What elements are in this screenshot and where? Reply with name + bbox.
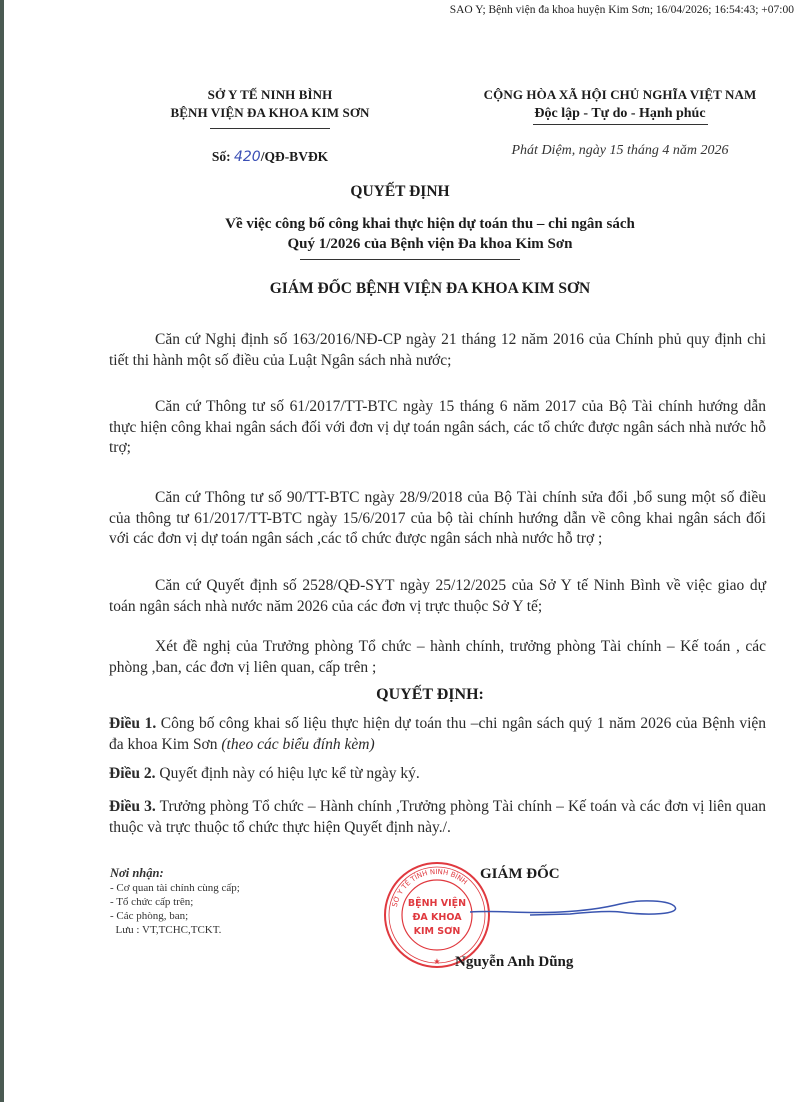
document-type: QUYẾT ĐỊNH xyxy=(0,183,800,201)
svg-text:ĐA KHOA: ĐA KHOA xyxy=(412,912,462,923)
recipient-item: - Cơ quan tài chính cùng cấp; xyxy=(110,881,240,895)
svg-text:★: ★ xyxy=(433,957,440,966)
handwritten-number: 420 xyxy=(234,149,261,165)
article-1: Điều 1. Công bố công khai số liệu thực h… xyxy=(109,714,766,755)
decision-heading: QUYẾT ĐỊNH: xyxy=(0,686,800,704)
document-subject: Về việc công bố công khai thực hiện dự t… xyxy=(0,214,800,254)
svg-text:BỆNH VIỆN: BỆNH VIỆN xyxy=(408,898,466,909)
preamble-paragraph: Căn cứ Thông tư số 61/2017/TT-BTC ngày 1… xyxy=(109,397,766,459)
signature-ink xyxy=(470,890,680,930)
header-rule xyxy=(210,128,330,129)
preamble-paragraph: Căn cứ Quyết định số 2528/QĐ-SYT ngày 25… xyxy=(109,576,766,617)
issuing-agency: BỆNH VIỆN ĐA KHOA KIM SƠN xyxy=(110,104,430,122)
preamble-paragraph: Căn cứ Nghị định số 163/2016/NĐ-CP ngày … xyxy=(109,330,766,371)
svg-text:KIM SƠN: KIM SƠN xyxy=(414,926,461,937)
country-name: CỘNG HÒA XÃ HỘI CHỦ NGHĨA VIỆT NAM xyxy=(440,86,800,104)
article-3: Điều 3. Trưởng phòng Tổ chức – Hành chín… xyxy=(109,797,766,838)
motto-rule xyxy=(533,124,708,125)
recipient-item: - Tổ chức cấp trên; xyxy=(110,895,240,909)
recipient-item: Lưu : VT,TCHC,TCKT. xyxy=(110,923,240,937)
authority-heading: GIÁM ĐỐC BỆNH VIỆN ĐA KHOA KIM SƠN xyxy=(0,280,800,298)
national-header: CỘNG HÒA XÃ HỘI CHỦ NGHĨA VIỆT NAM Độc l… xyxy=(440,86,800,159)
digital-copy-stamp: SAO Y; Bệnh viện đa khoa huyện Kim Sơn; … xyxy=(450,4,794,16)
recipients-block: Nơi nhận: - Cơ quan tài chính cùng cấp; … xyxy=(110,866,240,937)
recipient-item: - Các phòng, ban; xyxy=(110,909,240,923)
preamble-paragraph: Căn cứ Thông tư số 90/TT-BTC ngày 28/9/2… xyxy=(109,488,766,550)
place-date: Phát Diệm, ngày 15 tháng 4 năm 2026 xyxy=(440,143,800,159)
issuer-header: SỞ Y TẾ NINH BÌNH BỆNH VIỆN ĐA KHOA KIM … xyxy=(110,86,430,165)
signer-name: Nguyễn Anh Dũng xyxy=(455,954,573,971)
document-number: Số: 420/QĐ-BVĐK xyxy=(110,149,430,165)
subject-rule xyxy=(300,259,520,260)
scan-edge xyxy=(0,0,4,1102)
national-motto: Độc lập - Tự do - Hạnh phúc xyxy=(440,104,800,124)
recipients-heading: Nơi nhận: xyxy=(110,866,240,880)
article-2: Điều 2. Quyết định này có hiệu lực kể từ… xyxy=(109,764,766,785)
signer-title: GIÁM ĐỐC xyxy=(480,866,560,883)
preamble-paragraph: Xét đề nghị của Trưởng phòng Tổ chức – h… xyxy=(109,637,766,678)
parent-agency: SỞ Y TẾ NINH BÌNH xyxy=(110,86,430,104)
